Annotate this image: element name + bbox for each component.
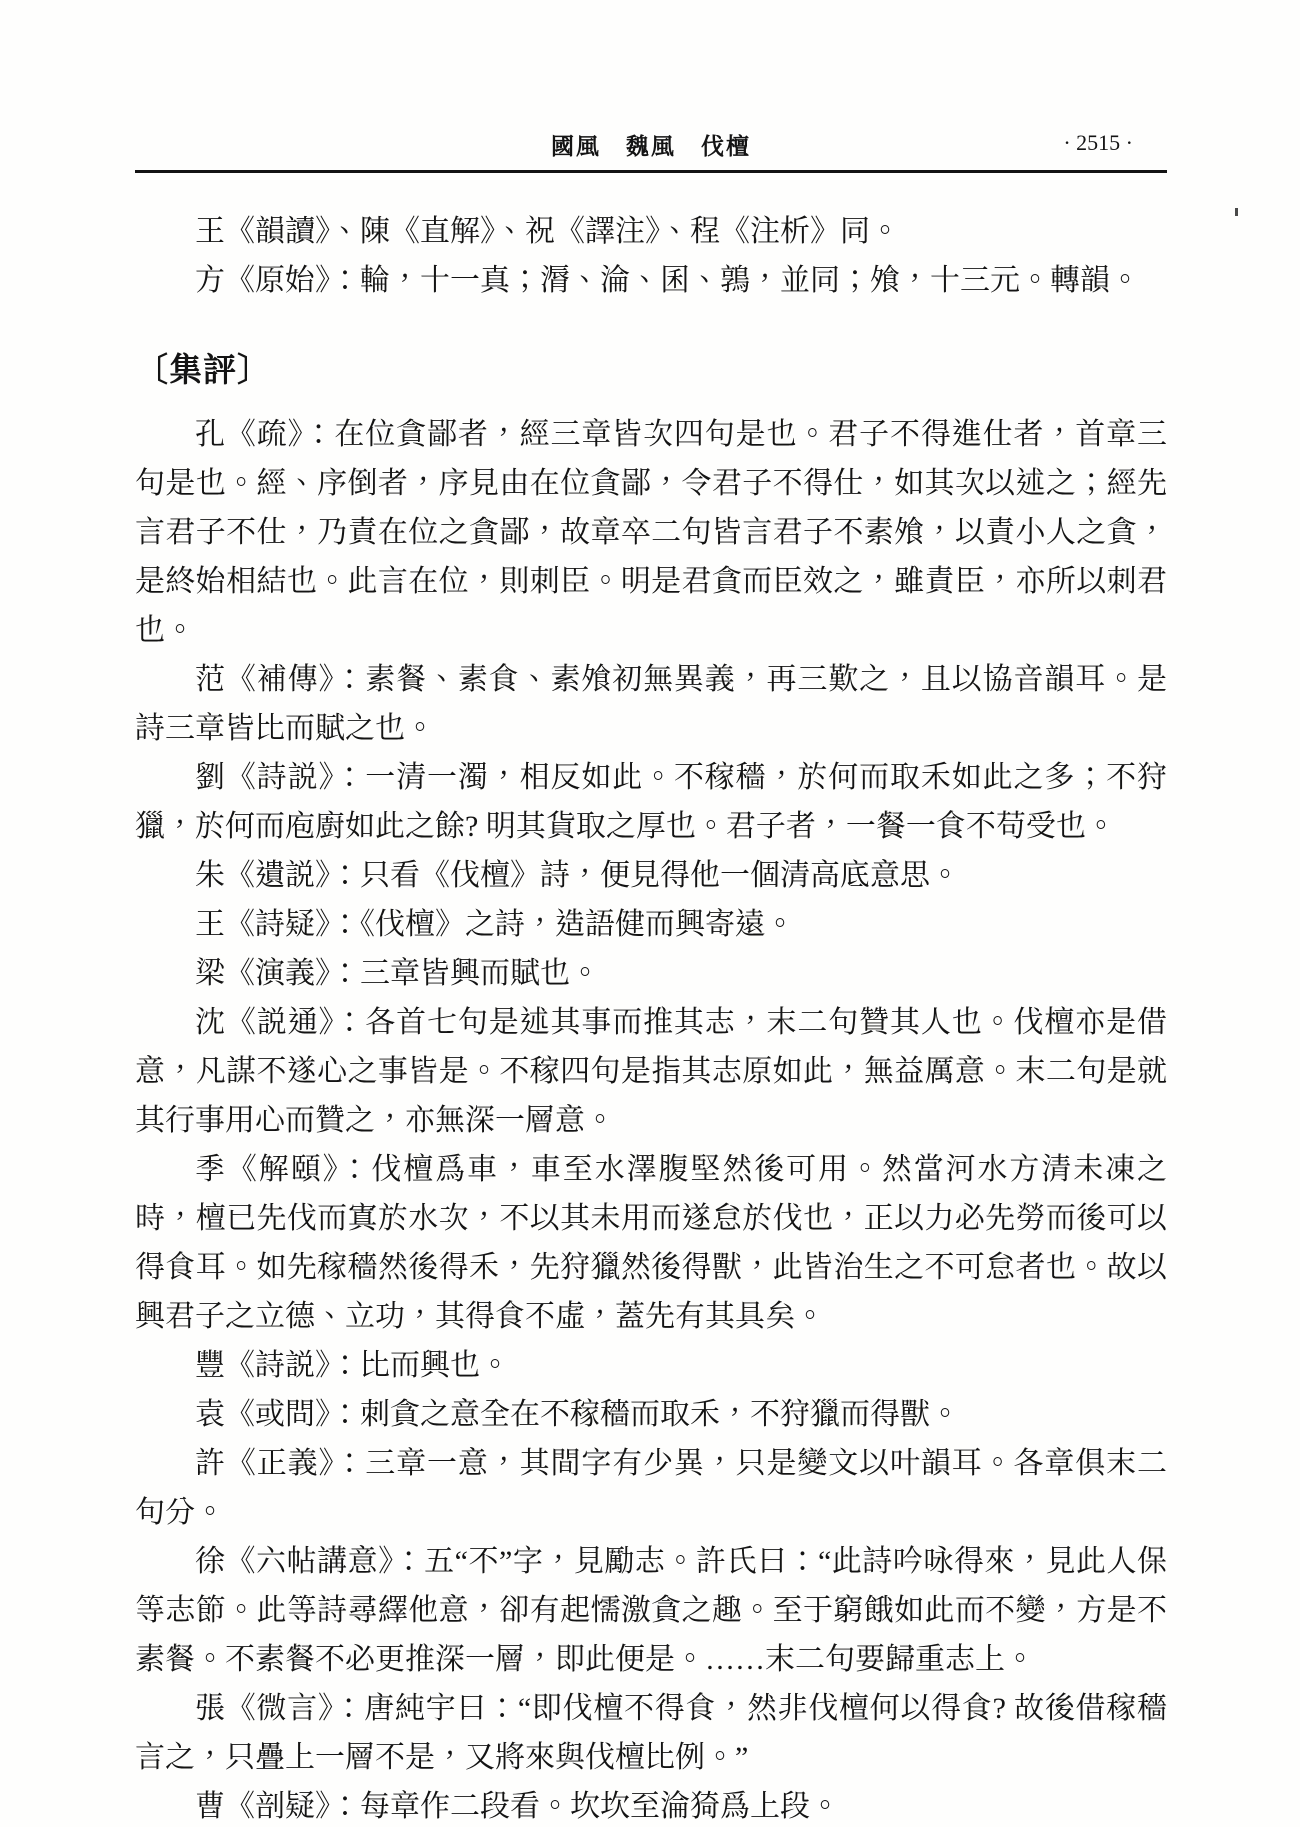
commentary-paragraph: 袁《或問》：刺貪之意全在不稼穡而取禾，不狩獵而得獸。 — [135, 1390, 1167, 1439]
intro-paragraph: 王《韻讀》、陳《直解》、祝《譯注》、程《注析》同。 — [135, 207, 1167, 256]
header-rule — [135, 170, 1167, 173]
commentary-paragraph: 季《解頤》：伐檀爲車，車至水澤腹堅然後可用。然當河水方清未凍之時，檀已先伐而寘於… — [135, 1145, 1167, 1341]
scanned-book-page: 國風 魏風 伐檀 · 2515 · 王《韻讀》、陳《直解》、祝《譯注》、程《注析… — [0, 0, 1300, 1827]
commentary-paragraph: 許《正義》：三章一意，其間字有少異，只是變文以叶韻耳。各章俱末二句分。 — [135, 1439, 1167, 1537]
chapter-title: 國風 魏風 伐檀 — [135, 128, 1167, 161]
commentary-paragraph: 豐《詩説》：比而興也。 — [135, 1341, 1167, 1390]
commentary-paragraph: 孔《疏》：在位貪鄙者，經三章皆次四句是也。君子不得進仕者，首章三句是也。經、序倒… — [135, 410, 1167, 655]
commentary-paragraph: 王《詩疑》：《伐檀》之詩，造語健而興寄遠。 — [135, 900, 1167, 949]
commentary-paragraph: 徐《六帖講意》：五“不”字，見勵志。許氏曰：“此詩吟咏得來，見此人保等志節。此等… — [135, 1537, 1167, 1684]
commentary-paragraph: 梁《演義》：三章皆興而賦也。 — [135, 949, 1167, 998]
commentary-paragraph: 曹《剖疑》：每章作二段看。坎坎至淪猗爲上段。 — [135, 1782, 1167, 1827]
commentary-paragraph: 沈《説通》：各首七句是述其事而推其志，末二句贊其人也。伐檀亦是借意，凡謀不遂心之… — [135, 998, 1167, 1145]
section-heading-jiping: 〔集評〕 — [135, 305, 1167, 410]
page-number: · 2515 · — [1063, 130, 1133, 156]
running-head: 國風 魏風 伐檀 · 2515 · — [135, 128, 1167, 162]
intro-paragraph: 方《原始》：輪，十一真；漘、淪、囷、鶉，並同；飧，十三元。轉韻。 — [135, 256, 1167, 305]
scan-artifact — [1235, 208, 1238, 216]
page-body: 王《韻讀》、陳《直解》、祝《譯注》、程《注析》同。 方《原始》：輪，十一真；漘、… — [135, 207, 1167, 1827]
commentary-paragraph: 張《微言》：唐純宇曰：“即伐檀不得食，然非伐檀何以得食? 故後借稼穡言之，只疊上… — [135, 1684, 1167, 1782]
commentary-paragraph: 劉《詩説》：一清一濁，相反如此。不稼穡，於何而取禾如此之多；不狩獵，於何而庖廚如… — [135, 753, 1167, 851]
commentary-paragraph: 范《補傳》：素餐、素食、素飧初無異義，再三歎之，且以協音韻耳。是詩三章皆比而賦之… — [135, 655, 1167, 753]
commentary-paragraph: 朱《遺説》：只看《伐檀》詩，便見得他一個清高底意思。 — [135, 851, 1167, 900]
